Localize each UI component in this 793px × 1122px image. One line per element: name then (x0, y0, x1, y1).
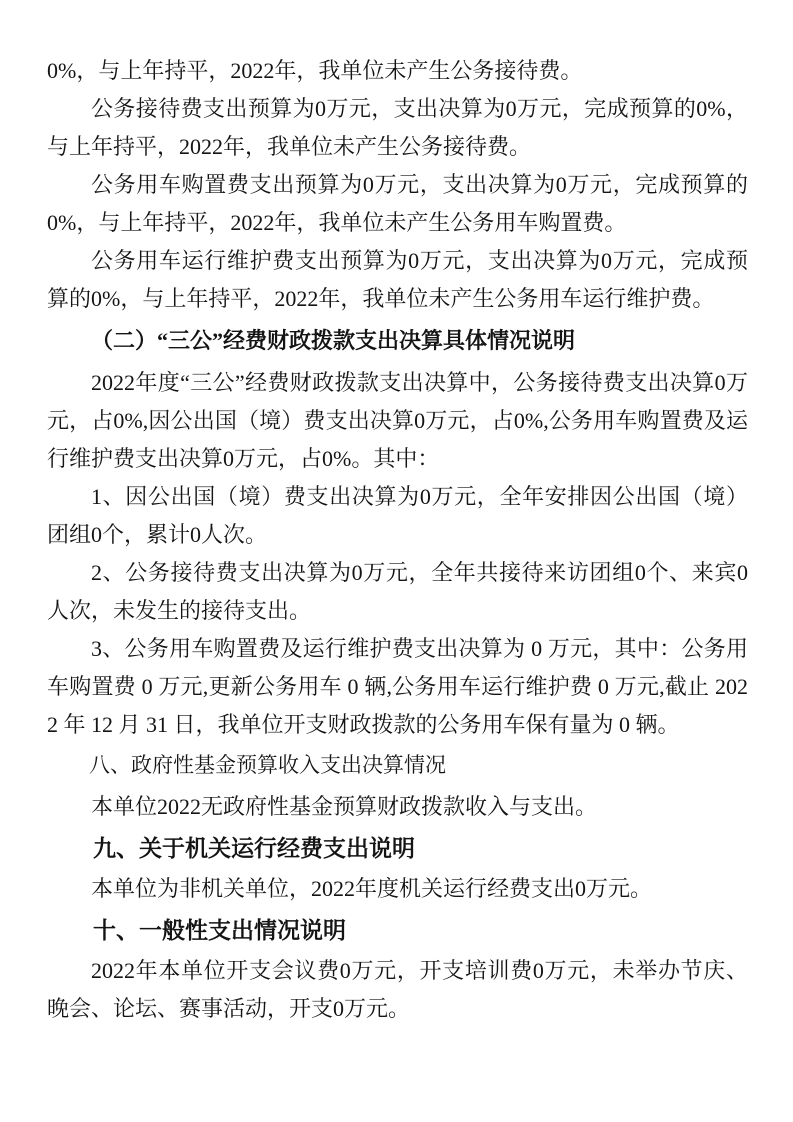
section-heading: 十、一般性支出情况说明 (47, 908, 748, 952)
paragraph: 2022年本单位开支会议费0万元，开支培训费0万元，未举办节庆、晚会、论坛、赛事… (47, 952, 748, 1028)
paragraph: 1、因公出国（境）费支出决算为0万元，全年安排因公出国（境）团组0个，累计0人次… (47, 478, 748, 554)
section-heading: 九、关于机关运行经费支出说明 (47, 826, 748, 870)
document-body: 0%，与上年持平，2022年，我单位未产生公务接待费。公务接待费支出预算为0万元… (47, 52, 748, 1028)
paragraph: 2、公务接待费支出决算为0万元，全年共接待来访团组0个、来宾0人次，未发生的接待… (47, 554, 748, 630)
paragraph: 本单位2022无政府性基金预算财政拨款收入与支出。 (47, 788, 748, 826)
document-page: 0%，与上年持平，2022年，我单位未产生公务接待费。公务接待费支出预算为0万元… (0, 0, 793, 1122)
paragraph: 公务用车运行维护费支出预算为0万元，支出决算为0万元，完成预算的0%，与上年持平… (47, 242, 748, 318)
paragraph: 2022年度“三公”经费财政拨款支出决算中，公务接待费支出决算0万元，占0%,因… (47, 364, 748, 478)
paragraph: 0%，与上年持平，2022年，我单位未产生公务接待费。 (47, 52, 748, 90)
paragraph: 3、公务用车购置费及运行维护费支出决算为 0 万元，其中：公务用车购置费 0 万… (47, 630, 748, 744)
section-heading: （二）“三公”经费财政拨款支出决算具体情况说明 (47, 318, 748, 364)
paragraph: 公务用车购置费支出预算为0万元，支出决算为0万元，完成预算的0%，与上年持平，2… (47, 166, 748, 242)
paragraph: 公务接待费支出预算为0万元，支出决算为0万元，完成预算的0%，与上年持平，202… (47, 90, 748, 166)
section-heading: 八、政府性基金预算收入支出决算情况 (47, 744, 748, 788)
paragraph: 本单位为非机关单位，2022年度机关运行经费支出0万元。 (47, 870, 748, 908)
